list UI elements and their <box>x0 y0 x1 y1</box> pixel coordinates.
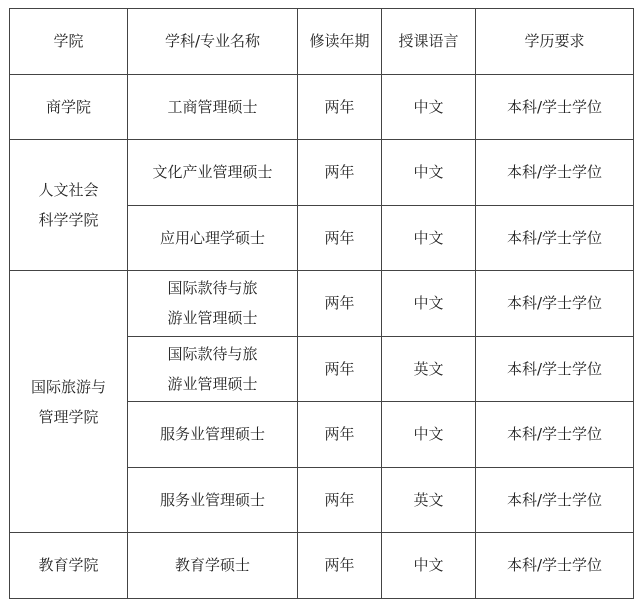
school-cell: 人文社会 科学学院 <box>10 140 128 271</box>
table-row: 商学院 工商管理硕士 两年 中文 本科/学士学位 <box>10 74 634 140</box>
program-line: 游业管理硕士 <box>128 303 297 333</box>
program-line: 游业管理硕士 <box>128 369 297 399</box>
language-cell: 中文 <box>382 140 476 206</box>
header-duration: 修读年期 <box>298 9 382 75</box>
duration-cell: 两年 <box>298 140 382 206</box>
duration-cell: 两年 <box>298 402 382 468</box>
requirement-cell: 本科/学士学位 <box>476 402 634 468</box>
header-row: 学院 学科/专业名称 修读年期 授课语言 学历要求 <box>10 9 634 75</box>
program-cell: 工商管理硕士 <box>128 74 298 140</box>
language-cell: 中文 <box>382 402 476 468</box>
language-cell: 中文 <box>382 271 476 337</box>
language-cell: 英文 <box>382 336 476 402</box>
program-line: 国际款待与旅 <box>128 339 297 369</box>
duration-cell: 两年 <box>298 336 382 402</box>
program-cell: 文化产业管理硕士 <box>128 140 298 206</box>
school-cell: 商学院 <box>10 74 128 140</box>
header-program: 学科/专业名称 <box>128 9 298 75</box>
language-cell: 中文 <box>382 533 476 599</box>
school-cell: 国际旅游与 管理学院 <box>10 271 128 533</box>
language-cell: 中文 <box>382 74 476 140</box>
requirement-cell: 本科/学士学位 <box>476 205 634 271</box>
school-cell: 教育学院 <box>10 533 128 599</box>
requirement-cell: 本科/学士学位 <box>476 336 634 402</box>
table-row: 国际旅游与 管理学院 国际款待与旅 游业管理硕士 两年 中文 本科/学士学位 <box>10 271 634 337</box>
header-language: 授课语言 <box>382 9 476 75</box>
program-line: 国际款待与旅 <box>128 273 297 303</box>
school-line: 国际旅游与 <box>10 372 127 402</box>
duration-cell: 两年 <box>298 533 382 599</box>
requirement-cell: 本科/学士学位 <box>476 533 634 599</box>
requirement-cell: 本科/学士学位 <box>476 467 634 533</box>
duration-cell: 两年 <box>298 205 382 271</box>
program-cell: 服务业管理硕士 <box>128 402 298 468</box>
program-cell: 国际款待与旅 游业管理硕士 <box>128 336 298 402</box>
language-cell: 英文 <box>382 467 476 533</box>
language-cell: 中文 <box>382 205 476 271</box>
program-cell: 教育学硕士 <box>128 533 298 599</box>
program-cell: 服务业管理硕士 <box>128 467 298 533</box>
duration-cell: 两年 <box>298 74 382 140</box>
requirement-cell: 本科/学士学位 <box>476 271 634 337</box>
program-cell: 国际款待与旅 游业管理硕士 <box>128 271 298 337</box>
program-cell: 应用心理学硕士 <box>128 205 298 271</box>
requirement-cell: 本科/学士学位 <box>476 74 634 140</box>
programs-table: 学院 学科/专业名称 修读年期 授课语言 学历要求 商学院 工商管理硕士 两年 … <box>9 8 634 599</box>
table-row: 人文社会 科学学院 文化产业管理硕士 两年 中文 本科/学士学位 <box>10 140 634 206</box>
duration-cell: 两年 <box>298 271 382 337</box>
school-line: 人文社会 <box>10 175 127 205</box>
school-line: 管理学院 <box>10 402 127 432</box>
header-school: 学院 <box>10 9 128 75</box>
duration-cell: 两年 <box>298 467 382 533</box>
school-line: 科学学院 <box>10 205 127 235</box>
header-requirement: 学历要求 <box>476 9 634 75</box>
table-row: 教育学院 教育学硕士 两年 中文 本科/学士学位 <box>10 533 634 599</box>
requirement-cell: 本科/学士学位 <box>476 140 634 206</box>
